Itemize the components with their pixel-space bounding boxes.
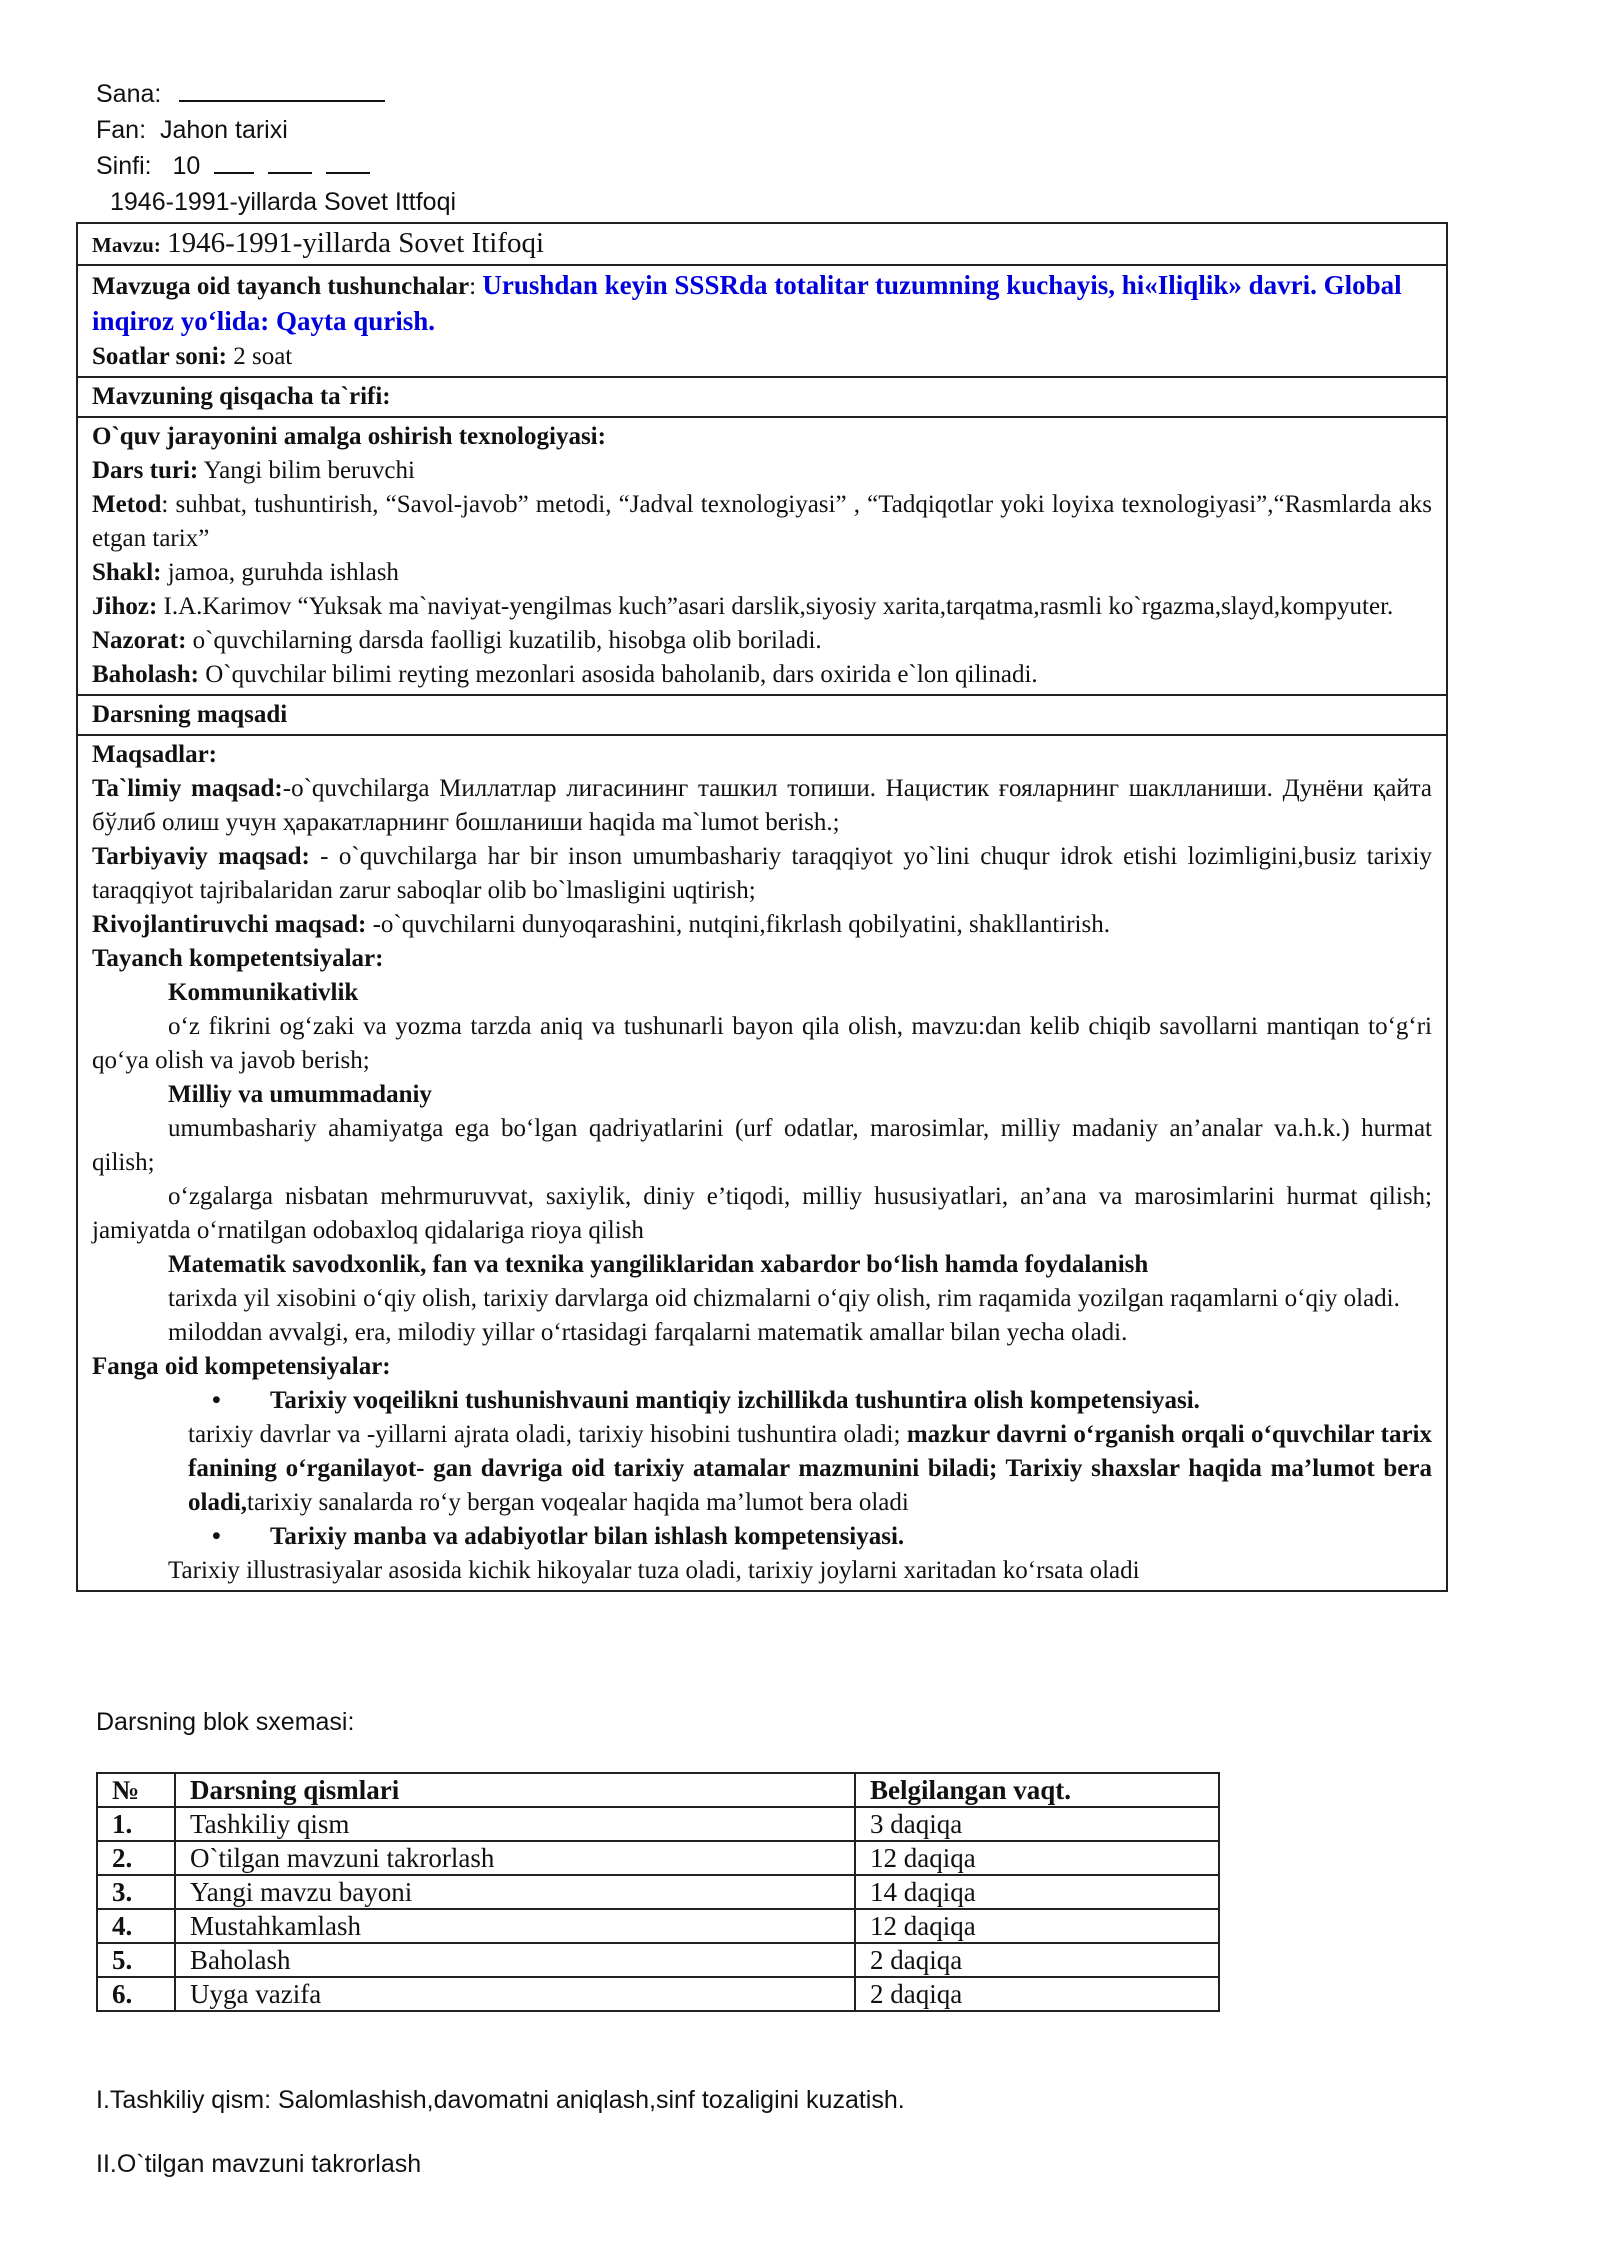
bullet-2-detail: Tarixiy illustrasiyalar asosida kichik h… [92,1554,1432,1588]
blok-sxema-table: № Darsning qismlari Belgilangan vaqt. 1.… [96,1772,1220,2012]
metod-value: : suhbat, tushuntirish, “Savol-javob” me… [92,491,1432,552]
document-subtitle: 1946-1991-yillarda Sovet Ittfoqi [96,184,456,220]
tayanch-colon: : [469,273,476,300]
maqsadlar-label: Maqsadlar: [92,738,1432,772]
table-row: 6.Uyga vazifa2 daqiqa [97,1977,1219,2011]
baholash-value: O`quvchilar bilimi reyting mezonlari aso… [205,661,1037,688]
row-num: 5. [97,1943,175,1977]
bullet-item-1: • Tarixiy voqeilikni tushunishvauni mant… [92,1384,1432,1418]
jihoz-label: Jihoz: [92,593,157,620]
rivoj-label: Rivojlantiruvchi maqsad: [92,911,366,938]
dars-turi-label: Dars turi: [92,457,198,484]
talimiy-label: Ta`limiy maqsad: [92,775,283,802]
lesson-plan-box: Mavzu: 1946-1991-yillarda Sovet Itifoqi … [76,222,1448,1592]
matem-heading: Matematik savodxonlik, fan va texnika ya… [92,1248,1432,1282]
komm-text: o‘z fikrini og‘zaki va yozma tarzda aniq… [92,1010,1432,1078]
otilgan-mavzu-paragraph: II.O`tilgan mavzuni takrorlash [96,2150,421,2179]
mavzu-label: Mavzu: [92,233,161,257]
soatlar-label: Soatlar soni: [92,343,227,370]
nazorat-label: Nazorat: [92,627,186,654]
sana-label: Sana: [96,80,161,108]
document-header: Sana: Fan: Jahon tarixi Sinfi: 10 1946-1… [96,76,456,220]
row-part: Tashkiliy qism [175,1807,855,1841]
fan-row: Fan: Jahon tarixi [96,112,456,148]
row-num: 2. [97,1841,175,1875]
sana-blank-field[interactable] [179,78,385,102]
bullet-1-detail-plain: tarixiy davrlar va -yillarni ajrata olad… [188,1421,907,1448]
table-row: 3.Yangi mavzu bayoni14 daqiqa [97,1875,1219,1909]
sana-row: Sana: [96,76,456,112]
maqsad-heading-cell: Darsning maqsadi [78,696,1446,736]
fan-label: Fan: [96,116,146,144]
sinfi-blank-3[interactable] [326,150,370,174]
col-header-time: Belgilangan vaqt. [855,1773,1219,1807]
dars-turi-value: Yangi bilim beruvchi [204,457,415,484]
talimiy-value: -o`quvchilarga Миллатлар лигасининг ташк… [92,775,1432,836]
bullet-1-detail: tarixiy davrlar va -yillarni ajrata olad… [92,1418,1432,1520]
tayanch-cell: Mavzuga oid tayanch tushunchalar: Urushd… [78,266,1446,378]
fanga-heading: Fanga oid kompetensiyalar: [92,1350,1432,1384]
row-part: Mustahkamlash [175,1909,855,1943]
row-part: O`tilgan mavzuni takrorlash [175,1841,855,1875]
tashkiliy-qism-paragraph: I.Tashkiliy qism: Salomlashish,davomatni… [96,2086,905,2115]
row-num: 3. [97,1875,175,1909]
matem-text-2: miloddan avvalgi, era, milodiy yillar o‘… [92,1316,1432,1350]
tayanch-komp-heading: Tayanch kompetentsiyalar: [92,942,1432,976]
bullet-icon: • [212,1384,270,1418]
sinfi-label: Sinfi: [96,152,152,180]
bullet-1-text: Tarixiy voqeilikni tushunishvauni mantiq… [270,1384,1374,1418]
table-header-row: № Darsning qismlari Belgilangan vaqt. [97,1773,1219,1807]
row-part: Baholash [175,1943,855,1977]
sinfi-value: 10 [172,152,200,180]
nazorat-value: o`quvchilarning darsda faolligi kuzatili… [193,627,822,654]
rivoj-value: -o`quvchilarni dunyoqarashini, nutqini,f… [366,911,1110,938]
milliy-text-2: o‘zgalarga nisbatan mehrmuruvvat, saxiyl… [92,1180,1432,1248]
sinfi-blank-1[interactable] [214,150,254,174]
col-header-part: Darsning qismlari [175,1773,855,1807]
fan-value: Jahon tarixi [160,116,288,144]
qisqacha-heading: Mavzuning qisqacha ta`rifi: [92,380,1432,414]
mavzu-cell: Mavzu: 1946-1991-yillarda Sovet Itifoqi [78,224,1446,266]
maqsadlar-cell: Maqsadlar: Ta`limiy maqsad:-o`quvchilarg… [78,736,1446,1590]
qisqacha-cell: Mavzuning qisqacha ta`rifi: [78,378,1446,418]
table-row: 5.Baholash2 daqiqa [97,1943,1219,1977]
row-time: 12 daqiqa [855,1909,1219,1943]
sinfi-row: Sinfi: 10 [96,148,456,184]
row-num: 1. [97,1807,175,1841]
metod-label: Metod [92,491,161,518]
bullet-1-detail-tail: tarixiy sanalarda ro‘y bergan voqealar h… [247,1489,909,1516]
col-header-num: № [97,1773,175,1807]
row-num: 6. [97,1977,175,2011]
texnologiya-cell: O`quv jarayonini amalga oshirish texnolo… [78,418,1446,696]
row-part: Yangi mavzu bayoni [175,1875,855,1909]
bullet-item-2: • Tarixiy manba va adabiyotlar bilan ish… [92,1520,1432,1554]
mavzu-value: 1946-1991-yillarda Sovet Itifoqi [167,227,544,259]
row-time: 12 daqiqa [855,1841,1219,1875]
matem-text-1: tarixda yil xisobini o‘qiy olish, tarixi… [92,1282,1432,1316]
texnologiya-heading: O`quv jarayonini amalga oshirish texnolo… [92,420,1432,454]
row-time: 2 daqiqa [855,1943,1219,1977]
shakl-value: jamoa, guruhda ishlash [168,559,399,586]
table-row: 4.Mustahkamlash12 daqiqa [97,1909,1219,1943]
row-time: 3 daqiqa [855,1807,1219,1841]
jihoz-value: I.A.Karimov “Yuksak ma`naviyat-yengilmas… [164,593,1394,620]
row-time: 14 daqiqa [855,1875,1219,1909]
maqsad-heading: Darsning maqsadi [92,698,1432,732]
row-time: 2 daqiqa [855,1977,1219,2011]
milliy-text-1: umumbashariy ahamiyatga ega bo‘lgan qadr… [92,1112,1432,1180]
milliy-heading: Milliy va umummadaniy [92,1078,1432,1112]
table-row: 1.Tashkiliy qism3 daqiqa [97,1807,1219,1841]
row-part: Uyga vazifa [175,1977,855,2011]
row-num: 4. [97,1909,175,1943]
tayanch-label: Mavzuga oid tayanch tushunchalar [92,273,469,300]
bullet-2-text: Tarixiy manba va adabiyotlar bilan ishla… [270,1520,1432,1554]
blok-sxema-label: Darsning blok sxemasi: [96,1708,354,1737]
shakl-label: Shakl: [92,559,161,586]
komm-heading: Kommunikativlik [92,976,1432,1010]
table-row: 2.O`tilgan mavzuni takrorlash12 daqiqa [97,1841,1219,1875]
soatlar-value: 2 soat [233,343,292,370]
bullet-icon: • [212,1520,270,1554]
sinfi-blank-2[interactable] [268,150,312,174]
tarbiyaviy-label: Tarbiyaviy maqsad: [92,843,310,870]
baholash-label: Baholash: [92,661,199,688]
